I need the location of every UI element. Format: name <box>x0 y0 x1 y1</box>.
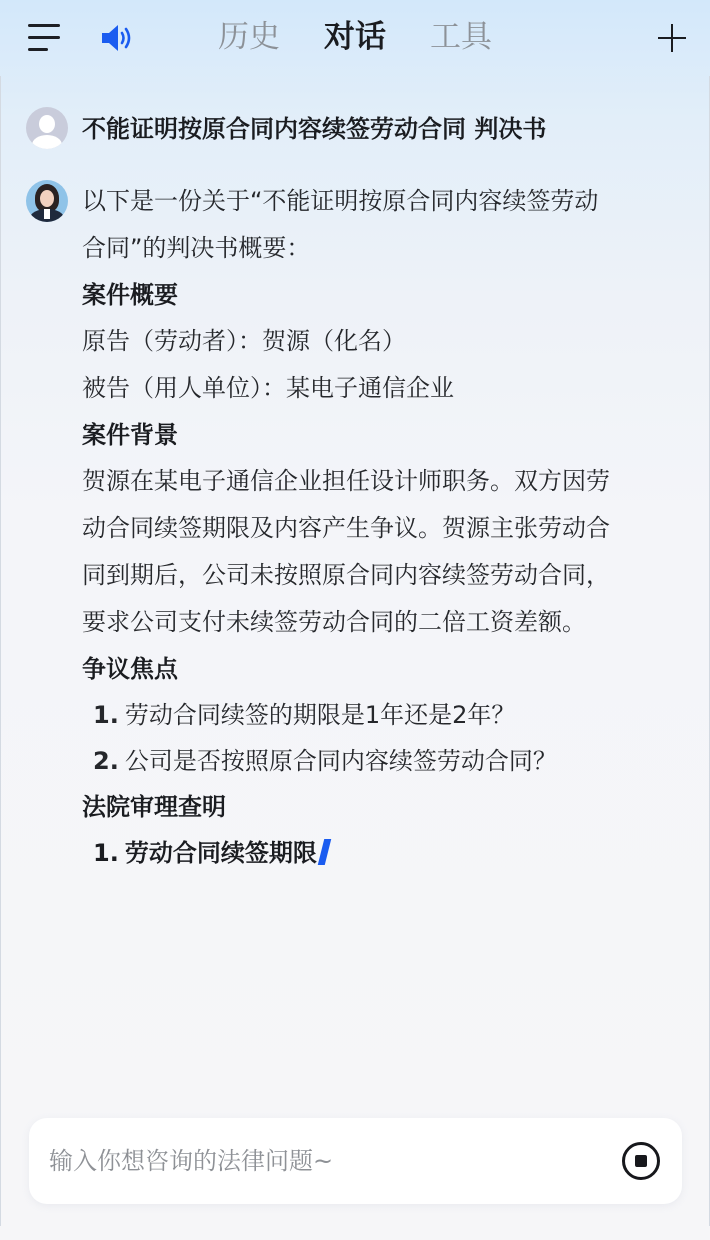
list-item: 1.劳动合同续签的期限是1年还是2年？ <box>82 692 682 738</box>
intro-line: 合同”的判决书概要： <box>82 225 682 272</box>
menu-icon[interactable] <box>28 24 62 52</box>
stop-generation-button[interactable] <box>622 1142 660 1180</box>
user-message-row <box>26 107 68 149</box>
typing-cursor-icon <box>318 839 331 865</box>
section-heading: 法院审理查明 <box>82 784 682 830</box>
list-item: 2.公司是否按照原合同内容续签劳动合同？ <box>82 738 682 784</box>
list-text: 劳动合同续签期限 <box>125 839 317 867</box>
assistant-avatar <box>26 180 68 222</box>
section-heading: 案件概要 <box>82 272 682 318</box>
assistant-message: 以下是一份关于“不能证明按原合同内容续签劳动 合同”的判决书概要： 案件概要 原… <box>82 178 682 876</box>
stop-icon <box>635 1155 647 1167</box>
text-line: 动合同续签期限及内容产生争议。贺源主张劳动合 <box>82 505 682 552</box>
list-item: 1.劳动合同续签期限 <box>82 830 682 876</box>
section-heading: 争议焦点 <box>82 646 682 692</box>
top-bar: 历史 对话 工具 <box>0 0 710 76</box>
assistant-message-row <box>26 180 68 222</box>
text-line: 要求公司支付未续签劳动合同的二倍工资差额。 <box>82 599 682 646</box>
text-line: 原告（劳动者）：贺源（化名） <box>82 318 682 365</box>
composer <box>29 1118 682 1204</box>
text-line: 被告（用人单位）：某电子通信企业 <box>82 365 682 412</box>
list-text: 劳动合同续签的期限是1年还是2年？ <box>125 701 516 729</box>
plus-icon[interactable] <box>658 24 686 52</box>
chat-page: 历史 对话 工具 不能证明按原合同内容续签劳动合同 判决书 以下是一份关于“不能… <box>0 0 710 1240</box>
tab-bar: 历史 对话 工具 <box>218 14 492 60</box>
user-message-text: 不能证明按原合同内容续签劳动合同 判决书 <box>82 111 546 147</box>
speaker-icon[interactable] <box>100 22 136 54</box>
list-number: 2. <box>93 747 119 775</box>
section-heading: 案件背景 <box>82 412 682 458</box>
list-number: 1. <box>93 701 119 729</box>
tab-tools[interactable]: 工具 <box>430 14 492 60</box>
text-line: 同到期后，公司未按照原合同内容续签劳动合同， <box>82 552 682 599</box>
list-number: 1. <box>93 839 119 867</box>
user-avatar <box>26 107 68 149</box>
question-input[interactable] <box>49 1138 609 1184</box>
tab-history[interactable]: 历史 <box>218 14 280 60</box>
tab-chat[interactable]: 对话 <box>324 14 386 60</box>
intro-line: 以下是一份关于“不能证明按原合同内容续签劳动 <box>82 178 682 225</box>
list-text: 公司是否按照原合同内容续签劳动合同？ <box>125 747 557 775</box>
text-line: 贺源在某电子通信企业担任设计师职务。双方因劳 <box>82 458 682 505</box>
